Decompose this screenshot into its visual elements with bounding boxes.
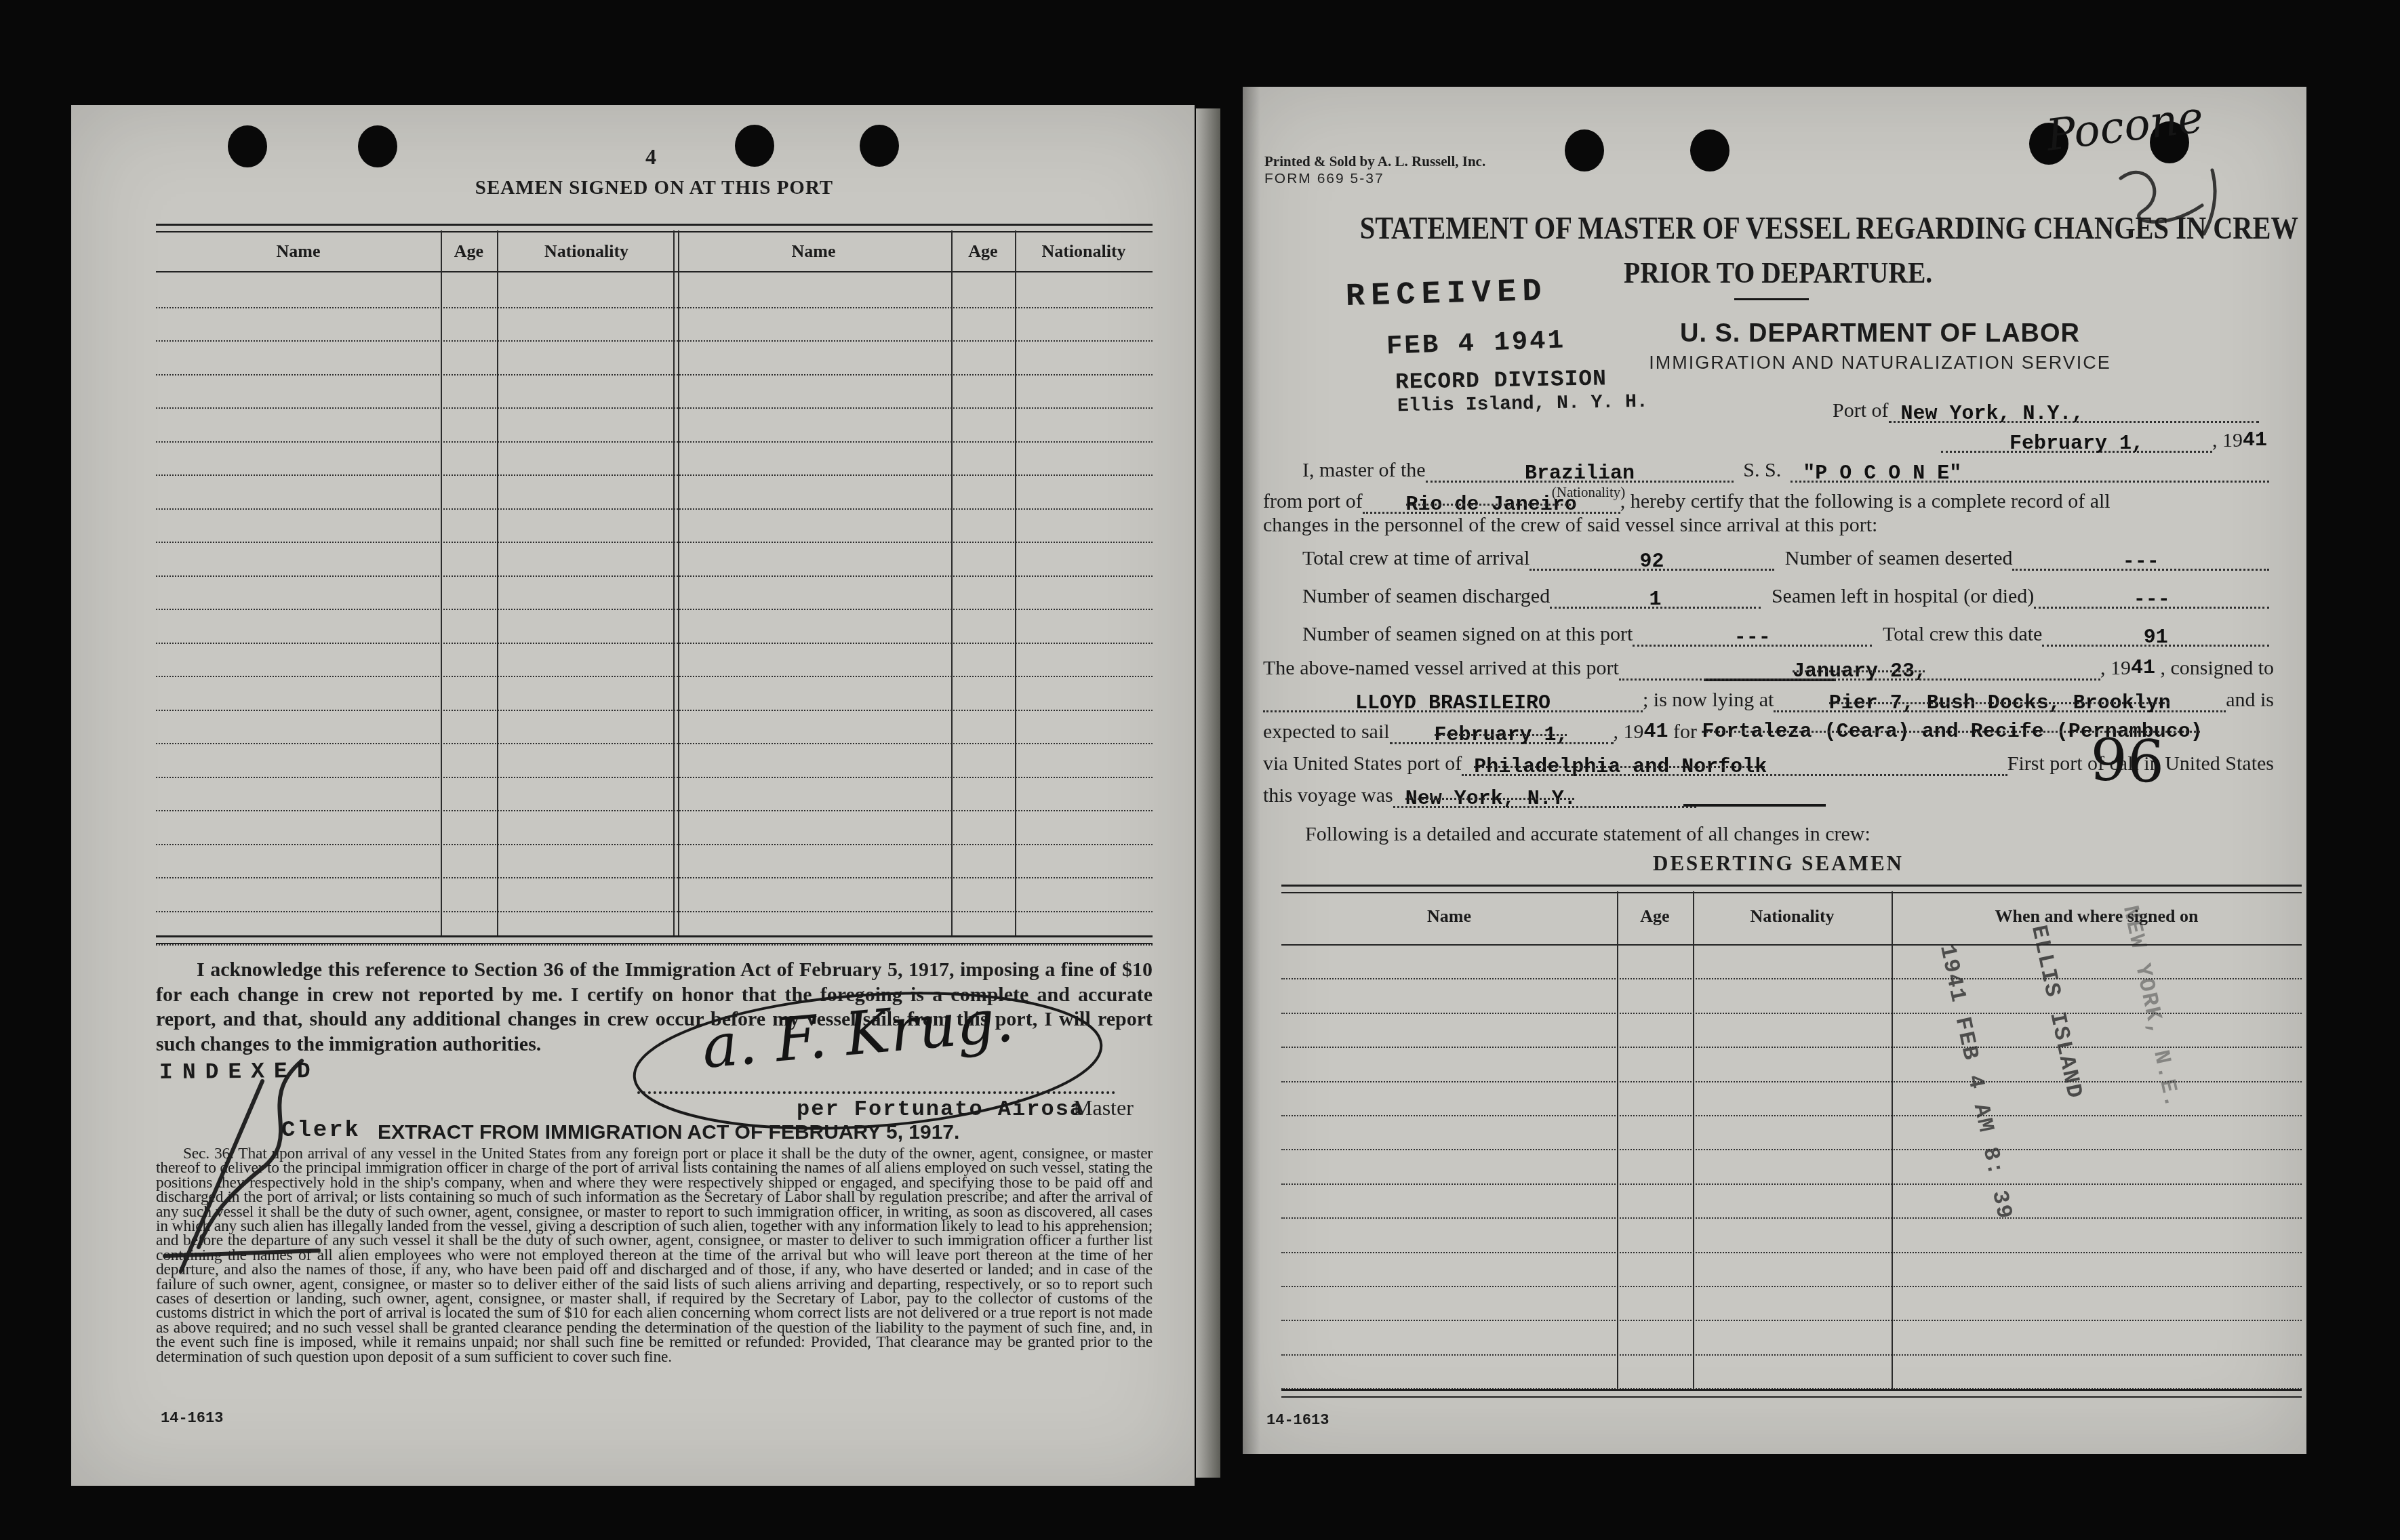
- section-36-text: Sec. 36. That upon arrival of any vessel…: [156, 1147, 1153, 1364]
- date-value: February 1,: [2009, 434, 2144, 454]
- first-port: New York, N.Y.: [1405, 789, 1576, 809]
- stat-value: ---: [1734, 628, 1771, 648]
- stat-label: Total crew this date: [1872, 624, 2042, 647]
- column-header-age: Age: [1617, 906, 1693, 927]
- deserting-seamen-heading: DESERTING SEAMEN: [1283, 851, 2273, 876]
- column-divider: [441, 230, 442, 935]
- via-ports: Philadelphia and Norfolk: [1474, 757, 1767, 777]
- form-number: 14-1613: [1266, 1412, 1329, 1429]
- arrived-date-leader: January 23,: [1619, 651, 2100, 681]
- right-page: Printed & Sold by A. L. Russell, Inc. FO…: [1243, 87, 2306, 1454]
- punch-hole: [1565, 129, 1604, 171]
- table-row: [156, 778, 1153, 812]
- form-title-line1: STATEMENT OF MASTER OF VESSEL REGARDING …: [1283, 210, 2273, 247]
- form-id: FORM 669 5-37: [1264, 171, 1384, 187]
- title-underline: [1734, 298, 1809, 300]
- table-row: [1281, 1219, 2302, 1253]
- stat-label: Seamen left in hospital (or died): [1761, 586, 2034, 609]
- extract-heading: EXTRACT FROM IMMIGRATION ACT OF FEBRUARY…: [378, 1121, 959, 1144]
- stat-leader: ---: [2034, 579, 2269, 609]
- column-header-nationality: Nationality: [497, 241, 676, 262]
- lying-at: Pier 7, Bush Docks, Brooklyn: [1829, 693, 2171, 714]
- column-header-name: Name: [1281, 906, 1617, 927]
- countersign-stamp: per Fortunato Airosa: [797, 1097, 1084, 1122]
- arrival-text: expected to sail: [1263, 722, 1390, 744]
- port-of-line: Port of New York, N.Y.,: [1833, 393, 2259, 423]
- punch-hole: [228, 125, 267, 167]
- table-row: [1281, 1321, 2302, 1355]
- nationality-leader: Brazilian: [1426, 453, 1734, 483]
- stat-value: 91: [2144, 628, 2168, 648]
- punch-hole: [735, 125, 774, 167]
- table-row: [156, 610, 1153, 644]
- column-header-nationality: Nationality: [1015, 241, 1153, 262]
- port-of-label: Port of: [1833, 401, 1889, 423]
- lying-at-leader: Pier 7, Bush Docks, Brooklyn: [1774, 683, 2226, 712]
- arrival-text: ; is now lying at: [1643, 690, 1774, 712]
- arrival-text: , consigned to: [2155, 658, 2274, 681]
- printer-credit: Printed & Sold by A. L. Russell, Inc.: [1264, 153, 1485, 170]
- stat-value: ---: [2134, 590, 2170, 610]
- stat-leader: 91: [2042, 617, 2269, 647]
- table-row: [156, 577, 1153, 611]
- certify-text: , hereby certify that the following is a…: [1620, 491, 2111, 514]
- from-port-line: from port of Rio de Janeiro , hereby cer…: [1263, 484, 2269, 514]
- stat-value: ---: [2123, 552, 2159, 572]
- punch-hole: [860, 125, 899, 167]
- column-header-age: Age: [441, 241, 497, 262]
- arrival-text: The above-named vessel arrived at this p…: [1263, 658, 1619, 681]
- arrival-text: for: [1668, 722, 1702, 744]
- clerk-stamp: Clerk: [281, 1118, 361, 1143]
- arrival-line-2: LLOYD BRASILEIRO ; is now lying at Pier …: [1263, 683, 2274, 712]
- seamen-signed-on-table: Name Age Nationality Name Age Nationalit…: [156, 224, 1153, 942]
- vessel-leader: "P O C O N E": [1791, 453, 2269, 483]
- stat-label: Number of seamen discharged: [1302, 586, 1550, 609]
- ellis-island-stamp: Ellis Island, N. Y. H.: [1397, 392, 1648, 417]
- table-row: [1281, 1253, 2302, 1287]
- stats-row: Total crew at time of arrival 92 Number …: [1302, 541, 2269, 571]
- table-row: [156, 409, 1153, 443]
- stat-label: Total crew at time of arrival: [1302, 548, 1529, 571]
- column-divider: [497, 230, 498, 935]
- table-row: [156, 811, 1153, 845]
- stat-leader: 1: [1550, 579, 1761, 609]
- arrival-text: via United States port of: [1263, 754, 1462, 776]
- date-stamp-line: 1941 FEB 4 AM 8: 39: [1931, 942, 2020, 1223]
- table-row: [156, 510, 1153, 544]
- column-header-nationality: Nationality: [1693, 906, 1892, 927]
- department-heading: U. S. DEPARTMENT OF LABOR: [1575, 319, 2185, 348]
- certify-text2: changes in the personnel of the crew of …: [1263, 514, 1877, 537]
- year-prefix: , 19: [2212, 430, 2243, 453]
- received-stamp: RECEIVED: [1345, 274, 1548, 315]
- header-rule: [156, 271, 1153, 272]
- stat-value: 92: [1640, 552, 1664, 572]
- stats-row: Number of seamen discharged 1 Seamen lef…: [1302, 579, 2269, 609]
- column-divider: [673, 230, 675, 935]
- table-row: [156, 476, 1153, 510]
- from-port-leader: Rio de Janeiro: [1363, 484, 1620, 514]
- table-row: [156, 275, 1153, 308]
- received-date-stamp: FEB 4 1941: [1386, 325, 1565, 361]
- first-port-leader: New York, N.Y.: [1393, 778, 1696, 808]
- table-bottom-rule: [1281, 1389, 2302, 1398]
- column-divider: [1015, 230, 1016, 935]
- arrival-text: this voyage was: [1263, 786, 1393, 808]
- stat-label: Number of seamen signed on at this port: [1302, 624, 1633, 647]
- arrived-year: 41: [2131, 658, 2155, 681]
- column-divider: [1693, 891, 1694, 1389]
- handwritten-number: 96: [2089, 726, 2165, 796]
- date-line: February 1, , 19 41: [1941, 423, 2267, 453]
- column-divider: [951, 230, 953, 935]
- table-row: [156, 878, 1153, 912]
- via-ports-leader: Philadelphia and Norfolk: [1462, 746, 2007, 776]
- table-top-rule: [156, 224, 1153, 232]
- page-binding-edge: [1196, 108, 1220, 1478]
- arrival-text: , 19: [2100, 658, 2131, 681]
- consignee-leader: LLOYD BRASILEIRO: [1263, 683, 1643, 712]
- short-rule: [1683, 804, 1826, 807]
- column-divider: [1617, 891, 1618, 1389]
- arrival-line-1: The above-named vessel arrived at this p…: [1263, 651, 2274, 681]
- year-value: 41: [2243, 430, 2267, 453]
- arrived-date: January 23,: [1793, 662, 1927, 682]
- vessel-name-value: "P O C O N E": [1803, 464, 1961, 484]
- ss-label: S. S.: [1734, 460, 1791, 483]
- stats-row: Number of seamen signed on at this port …: [1302, 617, 2269, 647]
- table-row: [156, 308, 1153, 342]
- date-stamp-line: ELLIS ISLAND: [2022, 923, 2111, 1204]
- following-statement: Following is a detailed and accurate sta…: [1305, 823, 1871, 846]
- nationality-value: Brazilian: [1525, 464, 1635, 484]
- table-row: [156, 845, 1153, 879]
- column-header-age: Age: [951, 241, 1015, 262]
- from-port-value: Rio de Janeiro: [1406, 495, 1577, 515]
- stat-label: Number of seamen deserted: [1774, 548, 2013, 571]
- stat-leader: 92: [1529, 541, 1774, 571]
- table-row: [156, 711, 1153, 745]
- master-prefix: I, master of the: [1302, 460, 1426, 483]
- table-row: [1281, 1185, 2302, 1219]
- master-label: Master: [1073, 1095, 1134, 1120]
- sail-date: February 1,: [1435, 725, 1569, 746]
- left-page-heading: SEAMEN SIGNED ON AT THIS PORT: [156, 177, 1153, 199]
- port-of-value: New York, N.Y.,: [1901, 404, 2084, 424]
- stat-value: 1: [1649, 590, 1662, 610]
- arrival-line-5: this voyage was New York, N.Y.: [1263, 778, 1696, 808]
- service-subheading: IMMIGRATION AND NATURALIZATION SERVICE: [1575, 352, 2185, 373]
- date-leader: February 1,: [1941, 423, 2212, 453]
- arrival-text: , 19: [1614, 722, 1644, 744]
- table-top-rule: [1281, 885, 2302, 893]
- table-row: [1281, 1287, 2302, 1321]
- table-row: [156, 443, 1153, 477]
- punch-hole: [1690, 129, 1729, 171]
- consignee: LLOYD BRASILEIRO: [1355, 693, 1551, 714]
- scanned-crew-change-form: { "colors": { "background": "#080808", "…: [0, 0, 2400, 1540]
- page-number: 4: [627, 144, 675, 169]
- table-row: [156, 644, 1153, 678]
- table-row: [156, 342, 1153, 376]
- sail-year: 41: [1644, 722, 1668, 744]
- date-stamp-line: NEW YORK, N.E.: [2114, 903, 2203, 1184]
- table-row: [156, 677, 1153, 711]
- table-rows: [156, 275, 1153, 946]
- table-row: [156, 543, 1153, 577]
- form-number: 14-1613: [161, 1410, 223, 1427]
- master-of-line: I, master of the Brazilian S. S. "P O C …: [1302, 453, 2269, 483]
- stat-leader: ---: [1633, 617, 1872, 647]
- table-row: [156, 376, 1153, 409]
- table-row: [156, 744, 1153, 778]
- sail-date-leader: February 1,: [1390, 714, 1614, 744]
- left-page: 4 SEAMEN SIGNED ON AT THIS PORT Name Age…: [71, 105, 1195, 1486]
- table-row: [1281, 1356, 2302, 1390]
- arrival-text: and is: [2226, 690, 2274, 712]
- stat-leader: ---: [2012, 541, 2269, 571]
- punch-hole: [358, 125, 397, 167]
- column-divider: [678, 230, 679, 935]
- record-division-stamp: RECORD DIVISION: [1395, 366, 1607, 394]
- table-bottom-rule: [156, 935, 1153, 944]
- from-port-label: from port of: [1263, 491, 1363, 514]
- column-header-name: Name: [676, 241, 951, 262]
- column-header-name: Name: [156, 241, 441, 262]
- signature-line: [637, 1091, 1115, 1094]
- port-of-leader: New York, N.Y.,: [1889, 393, 2260, 423]
